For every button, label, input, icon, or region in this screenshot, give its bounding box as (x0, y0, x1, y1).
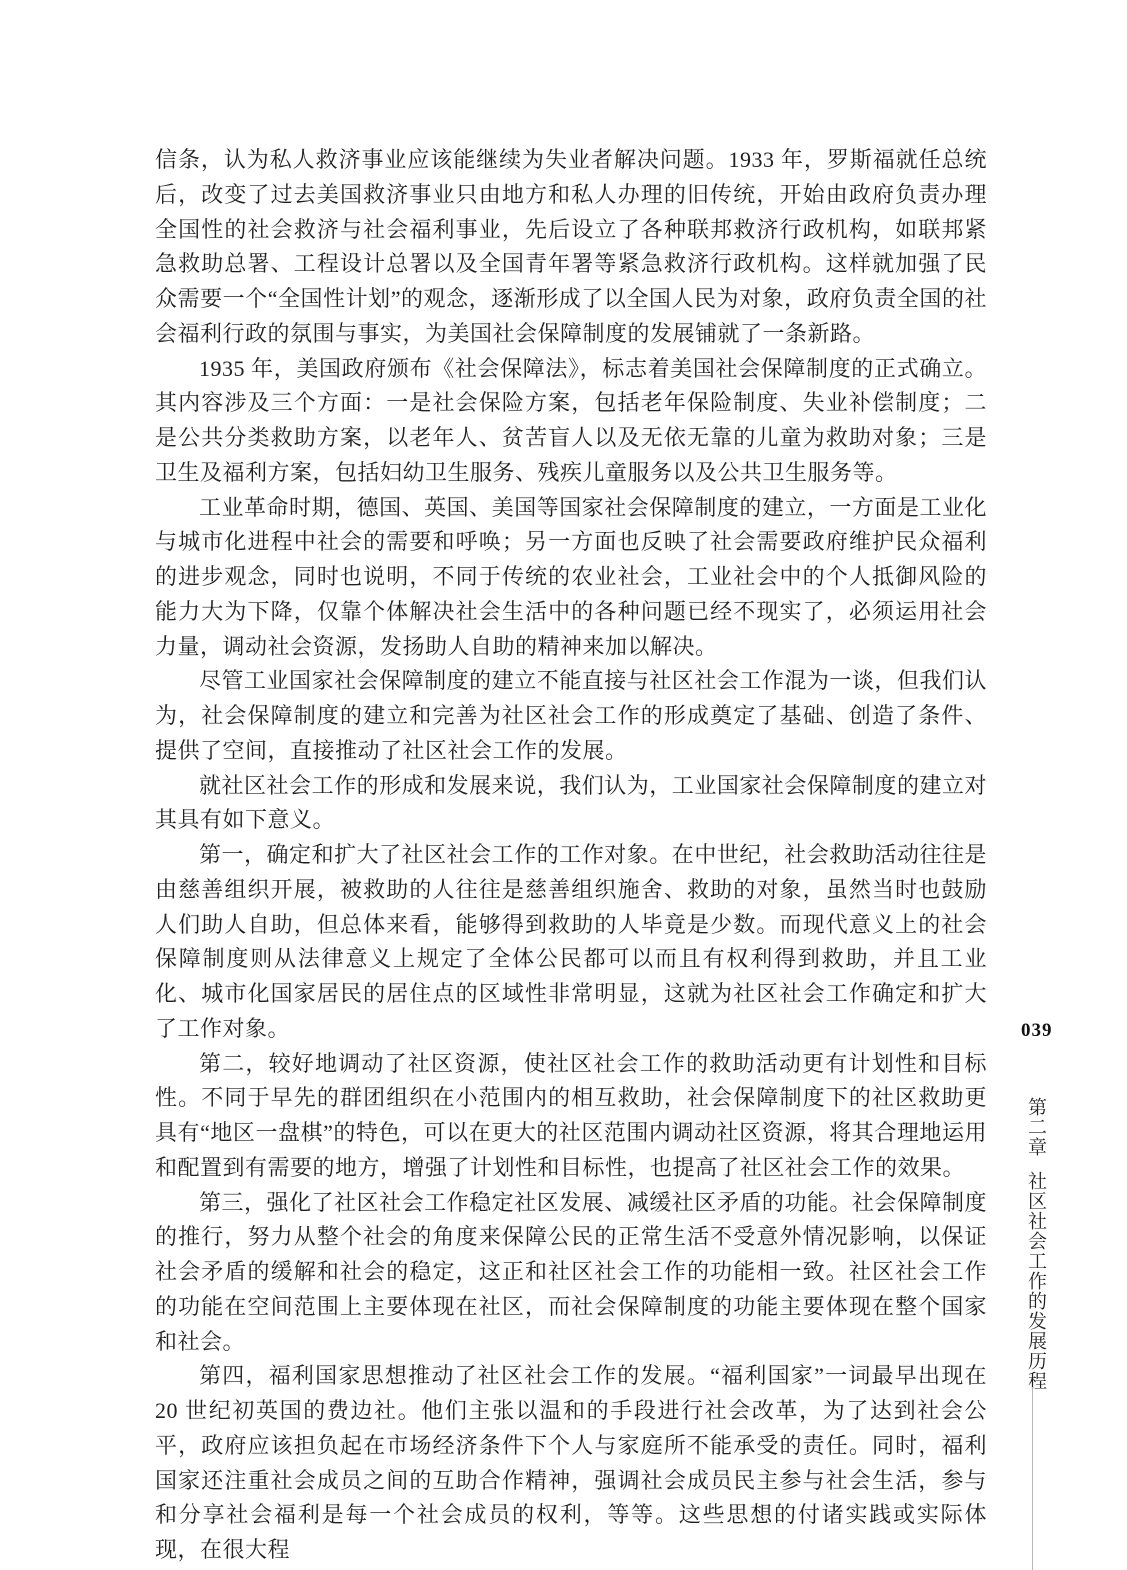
paragraph: 第四，福利国家思想推动了社区社会工作的发展。“福利国家”一词最早出现在 20 世… (155, 1359, 987, 1568)
paragraph: 第三，强化了社区社会工作稳定社区发展、减缓社区矛盾的功能。社会保障制度的推行，努… (155, 1186, 987, 1360)
page-number: 039 (1021, 1020, 1053, 1042)
book-page: 信条，认为私人救济事业应该能继续为失业者解决问题。1933 年，罗斯福就任总统后… (0, 0, 1127, 1570)
paragraph: 工业革命时期，德国、英国、美国等国家社会保障制度的建立，一方面是工业化与城市化进… (155, 491, 987, 665)
chapter-label: 第二章 (1025, 1097, 1046, 1157)
paragraph: 1935 年，美国政府颁布《社会保障法》，标志着美国社会保障制度的正式确立。其内… (155, 352, 987, 491)
paragraph: 第一，确定和扩大了社区社会工作的工作对象。在中世纪，社会救助活动往往是由慈善组织… (155, 838, 987, 1047)
paragraph: 第二，较好地调动了社区资源，使社区社会工作的救助活动更有计划性和目标性。不同于早… (155, 1047, 987, 1186)
paragraph: 就社区社会工作的形成和发展来说，我们认为，工业国家社会保障制度的建立对其具有如下… (155, 769, 987, 839)
chapter-divider-line (1032, 1387, 1033, 1570)
paragraph: 尽管工业国家社会保障制度的建立不能直接与社区社会工作混为一谈，但我们认为，社会保… (155, 664, 987, 768)
page-body: 信条，认为私人救济事业应该能继续为失业者解决问题。1933 年，罗斯福就任总统后… (155, 143, 987, 1568)
chapter-title-text: 社区社会工作的发展历程 (1025, 1157, 1046, 1391)
paragraph: 信条，认为私人救济事业应该能继续为失业者解决问题。1933 年，罗斯福就任总统后… (155, 143, 987, 352)
chapter-vertical-title: 第二章社区社会工作的发展历程 (1022, 1097, 1049, 1391)
